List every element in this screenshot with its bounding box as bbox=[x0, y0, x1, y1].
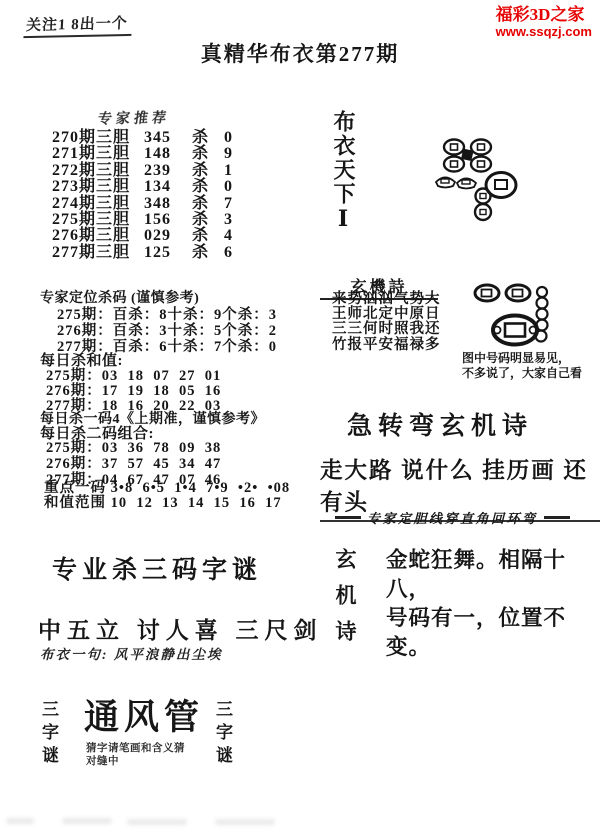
caption-line1: 图中号码明显易见， bbox=[462, 351, 582, 366]
sanzimi-side-right: 三字谜 bbox=[210, 700, 235, 770]
dan-code: 348 bbox=[140, 196, 192, 212]
table-row: 275期三胆156杀3 bbox=[52, 212, 262, 228]
issue-label: 270期三胆 bbox=[52, 130, 140, 146]
hezhi-fanwei-line: 和值范围 10 12 13 14 15 16 17 bbox=[44, 491, 282, 512]
dan-code: 134 bbox=[140, 179, 192, 195]
kill-number: 6 bbox=[220, 245, 240, 261]
divider-dash-right bbox=[544, 516, 570, 519]
kill-number: 9 bbox=[220, 146, 240, 162]
kill-number: 0 bbox=[220, 179, 240, 195]
handwritten-note: 关注1 8出一个 bbox=[23, 12, 132, 38]
poem-line: 竹报平安福禄多 bbox=[332, 338, 441, 353]
jizhuanwan-title: 急转弯玄机诗 bbox=[300, 406, 580, 442]
dan-code: 156 bbox=[140, 212, 192, 228]
site-logo: 福彩3D之家 www.ssqzj.com bbox=[496, 5, 592, 39]
kill-number: 7 bbox=[220, 196, 240, 212]
kill-label: 杀 bbox=[192, 130, 220, 146]
caption-line2: 不多说了，大家自己看 bbox=[462, 366, 582, 381]
scan-artifact bbox=[62, 818, 112, 824]
scan-artifact bbox=[127, 819, 187, 825]
dan-code: 148 bbox=[140, 146, 192, 162]
buyi-sheet: 关注1 8出一个 真精华布衣第277期 福彩3D之家 www.ssqzj.com… bbox=[0, 0, 600, 838]
kill-label: 杀 bbox=[192, 146, 220, 162]
site-logo-name: 福彩3D之家 bbox=[496, 5, 592, 25]
zimi-note-line1: 猜字请笔画和含义猜 bbox=[86, 742, 185, 755]
poem-line: 来势汹汹气势大 bbox=[332, 292, 441, 307]
zimi-note: 猜字请笔画和含义猜 对缝中 bbox=[86, 742, 185, 768]
coin-chain-icon bbox=[473, 278, 573, 350]
buyi-sentence: 布衣一句: 风平浪静出尘埃 bbox=[40, 643, 222, 663]
kill-label: 杀 bbox=[192, 163, 220, 179]
expert-divider: 专家定胆线穿直角回环弯 bbox=[335, 508, 570, 527]
kill-label: 杀 bbox=[192, 196, 220, 212]
site-logo-url: www.ssqzj.com bbox=[496, 25, 592, 40]
kill-label: 杀 bbox=[192, 179, 220, 195]
issue-label: 272期三胆 bbox=[52, 163, 140, 179]
issue-label: 277期三胆 bbox=[52, 245, 140, 261]
issue-label: 274期三胆 bbox=[52, 196, 140, 212]
table-row: 277期三胆125杀6 bbox=[52, 245, 262, 261]
kill-number: 4 bbox=[220, 228, 240, 244]
dan-list: 270期三胆345杀0 271期三胆148杀9 272期三胆239杀1 273期… bbox=[52, 130, 262, 261]
zimi-line: 中五立 讨人喜 三尺剑 bbox=[38, 612, 323, 645]
final-line2: 号码有一，位置不变。 bbox=[386, 604, 600, 662]
issue-label: 271期三胆 bbox=[52, 146, 140, 162]
dan-code: 239 bbox=[140, 163, 192, 179]
table-row: 274期三胆348杀7 bbox=[52, 196, 262, 212]
scan-artifact bbox=[215, 819, 275, 825]
issue-label: 276期三胆 bbox=[52, 228, 140, 244]
table-row: 270期三胆345杀0 bbox=[52, 130, 262, 146]
kill-number: 3 bbox=[220, 212, 240, 228]
scan-artifact bbox=[6, 818, 34, 824]
zimi-note-line2: 对缝中 bbox=[86, 755, 185, 768]
illustration-caption: 图中号码明显易见， 不多说了，大家自己看 bbox=[462, 351, 582, 380]
dan-code: 345 bbox=[140, 130, 192, 146]
final-poem: 金蛇狂舞。相隔十八， 号码有一，位置不变。 bbox=[386, 546, 600, 662]
poem-line: 三三何时照我还 bbox=[332, 322, 441, 337]
zimi-title: 专业杀三码字谜 bbox=[52, 550, 262, 586]
issue-label: 273期三胆 bbox=[52, 179, 140, 195]
divider-dash-left bbox=[335, 516, 361, 519]
kill-number: 0 bbox=[220, 130, 240, 146]
zimi-answer: 通风管 bbox=[84, 690, 204, 740]
kill-label: 杀 bbox=[192, 228, 220, 244]
dan-code: 125 bbox=[140, 245, 192, 261]
dan-list-header: 专家推荐 bbox=[97, 107, 172, 128]
coin-flower-icon bbox=[430, 131, 526, 227]
table-row: 276期三胆029杀4 bbox=[52, 228, 262, 244]
sanzimi-side-left: 三字谜 bbox=[36, 700, 61, 770]
issue-label: 275期三胆 bbox=[52, 212, 140, 228]
page-title: 真精华布衣第277期 bbox=[0, 38, 600, 68]
dan-code: 029 bbox=[140, 228, 192, 244]
kill-number: 1 bbox=[220, 163, 240, 179]
kill-label: 杀 bbox=[192, 245, 220, 261]
table-row: 273期三胆134杀0 bbox=[52, 179, 262, 195]
banner-vertical-title: 布衣天下Ⅰ bbox=[328, 110, 359, 240]
xuanji-poem: 来势汹汹气势大 王师北定中原日 三三何时照我还 竹报平安福禄多 bbox=[332, 292, 441, 353]
table-row: 271期三胆148杀9 bbox=[52, 146, 262, 162]
xuanjishi-vertical-title: 玄机诗 bbox=[330, 548, 360, 658]
divider-text: 专家定胆线穿直角回环弯 bbox=[367, 508, 538, 527]
kill-label: 杀 bbox=[192, 212, 220, 228]
final-line1: 金蛇狂舞。相隔十八， bbox=[386, 546, 600, 604]
table-row: 272期三胆239杀1 bbox=[52, 163, 262, 179]
